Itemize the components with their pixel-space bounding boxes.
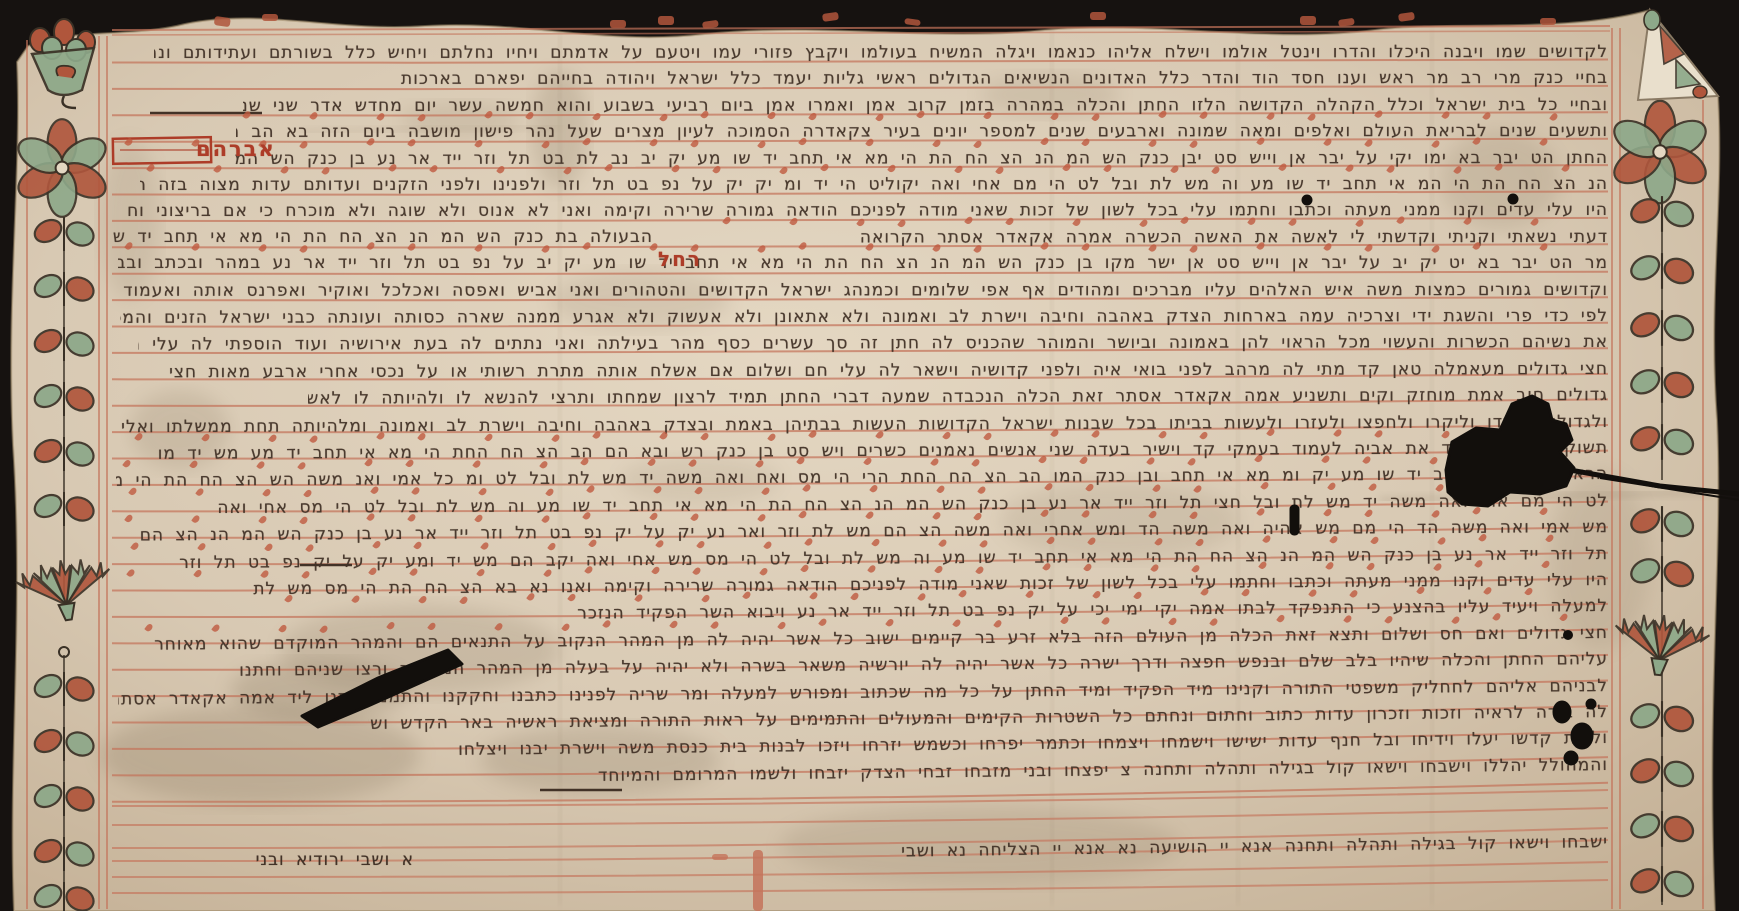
vocalization-mark bbox=[264, 542, 274, 552]
vocalization-mark bbox=[1559, 612, 1569, 622]
vocalization-mark bbox=[545, 487, 555, 497]
vocalization-mark bbox=[869, 484, 879, 494]
vocalization-mark bbox=[144, 623, 154, 633]
vocalization-mark bbox=[1429, 456, 1439, 466]
vocalization-mark bbox=[1323, 137, 1333, 147]
vocalization-mark bbox=[301, 570, 311, 580]
vocalization-mark bbox=[942, 431, 952, 441]
vocalization-mark bbox=[798, 510, 808, 520]
vocalization-mark bbox=[1262, 534, 1272, 544]
vocalization-mark bbox=[525, 111, 535, 121]
vocalization-mark bbox=[885, 618, 895, 628]
vocalization-mark bbox=[1040, 508, 1050, 518]
vocalization-mark bbox=[1441, 430, 1451, 440]
manuscript-text-line: לפי כדי פרי והשגת ידי וצרכיה עמה בארחות … bbox=[120, 306, 1608, 328]
vocalization-mark bbox=[130, 541, 140, 551]
vocalization-mark bbox=[1470, 453, 1480, 463]
vocalization-mark bbox=[1152, 483, 1162, 493]
vocalization-mark bbox=[480, 541, 490, 551]
vocalization-mark bbox=[211, 623, 221, 633]
vocalization-mark bbox=[1266, 111, 1276, 121]
vocalization-mark bbox=[411, 486, 421, 496]
vocalization-mark bbox=[798, 242, 808, 251]
vocalization-mark bbox=[134, 432, 144, 442]
vocalization-marks-row bbox=[716, 216, 1608, 229]
vocalization-mark bbox=[701, 594, 711, 604]
manuscript-text-line: עליהם החתן והכלה שיהיו בלב שלם ובנפש חפצ… bbox=[208, 649, 1608, 681]
vocalization-mark bbox=[767, 432, 777, 442]
vocalization-mark bbox=[413, 540, 423, 550]
vocalization-mark bbox=[1209, 617, 1219, 627]
vocalization-mark bbox=[547, 541, 557, 551]
vocalization-mark bbox=[973, 244, 983, 254]
vocalization-mark bbox=[932, 138, 942, 148]
vocalization-mark bbox=[690, 138, 700, 148]
vocalization-mark bbox=[299, 244, 309, 254]
vocalization-mark bbox=[871, 537, 881, 547]
vocalization-mark bbox=[124, 514, 134, 524]
vocalization-mark bbox=[551, 433, 561, 443]
vocalization-mark bbox=[258, 243, 268, 253]
vocalization-mark bbox=[539, 460, 549, 470]
vocalization-mark bbox=[191, 242, 201, 252]
vocalization-mark bbox=[1042, 562, 1052, 572]
vocalization-mark bbox=[800, 563, 810, 573]
vocalization-mark bbox=[484, 110, 494, 120]
vocalization-mark bbox=[1549, 427, 1559, 437]
vocalization-mark bbox=[351, 595, 361, 605]
vocalization-mark bbox=[494, 622, 504, 632]
vocalization-mark bbox=[995, 165, 1005, 175]
vocalization-mark bbox=[1195, 537, 1205, 547]
vocalization-mark bbox=[258, 515, 268, 525]
vocalization-mark bbox=[1079, 456, 1089, 466]
vocalization-mark bbox=[932, 243, 942, 253]
vocalization-mark bbox=[1103, 163, 1113, 173]
vocalization-mark bbox=[867, 564, 877, 574]
vocalization-mark bbox=[1474, 559, 1484, 569]
vocalization-mark bbox=[459, 596, 469, 606]
vocalization-mark bbox=[1092, 590, 1102, 600]
manuscript-text-line: מר הט יבר בא יט יק יב על יבר אן וייש סט … bbox=[118, 253, 1608, 273]
vocalization-mark bbox=[1374, 110, 1384, 119]
vocalization-mark bbox=[561, 622, 571, 632]
vocalization-mark bbox=[1148, 243, 1158, 253]
vocalization-mark bbox=[850, 592, 860, 602]
vocalization-mark bbox=[284, 594, 294, 604]
vocalization-mark bbox=[1005, 216, 1015, 226]
vocalization-mark bbox=[476, 568, 486, 578]
vocalization-mark bbox=[757, 139, 767, 149]
vocalization-marks-row bbox=[118, 137, 1608, 150]
vocalization-mark bbox=[1150, 563, 1160, 573]
vocalization-mark bbox=[303, 488, 313, 498]
vocalization-mark bbox=[1081, 509, 1091, 519]
vocalization-mark bbox=[368, 566, 378, 576]
vocalization-mark bbox=[932, 511, 942, 521]
manuscript-text-line: והמהולל יהללו וישבחו וישאו קול בגילה ותה… bbox=[558, 755, 1608, 786]
vocalization-mark bbox=[588, 538, 598, 548]
vocalization-mark bbox=[993, 619, 1003, 629]
bride-name-rachel: רחל bbox=[658, 247, 702, 271]
vocalization-mark bbox=[669, 619, 679, 629]
vocalization-mark bbox=[366, 242, 376, 251]
vocalization-mark bbox=[1463, 216, 1473, 226]
manuscript-text-line: לקדושים שמו ויבנה היכלו והדרו וינטל אולמ… bbox=[154, 42, 1608, 63]
vocalization-mark bbox=[201, 433, 211, 443]
manuscript-text-line: בחיי כנק מרי רב מר ראש וענו חסד הוד והדר… bbox=[393, 68, 1608, 89]
vocalization-mark bbox=[128, 486, 138, 496]
vocalization-mark bbox=[789, 216, 799, 226]
vocalization-mark bbox=[875, 430, 885, 440]
vocalization-mark bbox=[407, 242, 417, 252]
manuscript-text-line: ולבית קדשו יעלו וידיחו ובל חנף עדות ישיש… bbox=[448, 728, 1608, 760]
vocalization-mark bbox=[262, 488, 272, 498]
vocalization-mark bbox=[1541, 559, 1551, 569]
vocalization-mark bbox=[808, 429, 818, 439]
vocalization-mark bbox=[407, 513, 417, 523]
vocalization-mark bbox=[386, 621, 396, 631]
vocalization-mark bbox=[779, 166, 789, 176]
vocalization-mark bbox=[1256, 242, 1266, 251]
vocalization-mark bbox=[278, 623, 288, 633]
vocalization-mark bbox=[1288, 217, 1298, 227]
vocalization-mark bbox=[1433, 562, 1443, 572]
vocalization-marks-row bbox=[236, 110, 1608, 123]
vocalization-mark bbox=[256, 461, 266, 471]
vocalization-mark bbox=[1170, 164, 1180, 174]
vocalization-mark bbox=[1083, 563, 1093, 573]
vocalization-mark bbox=[602, 619, 612, 629]
vocalization-mark bbox=[1199, 110, 1209, 120]
vocalization-mark bbox=[1323, 508, 1333, 518]
vocalization-mark bbox=[418, 595, 428, 605]
vocalization-mark bbox=[1539, 242, 1549, 252]
vocalization-mark bbox=[1187, 457, 1197, 467]
vocalization-mark bbox=[1431, 509, 1441, 519]
vocalization-mark bbox=[1278, 163, 1288, 172]
vocalization-mark bbox=[543, 568, 553, 578]
vocalization-mark bbox=[1384, 615, 1394, 625]
vocalization-mark bbox=[777, 620, 787, 630]
manuscript-text-line: חצי גדולים מעאמלה טאן קד מתי לה מרהב לפנ… bbox=[118, 359, 1608, 382]
vocalization-mark bbox=[865, 137, 875, 147]
vocalization-mark bbox=[1276, 613, 1286, 623]
vocalization-mark bbox=[1168, 616, 1178, 626]
vocalization-mark bbox=[1256, 507, 1266, 517]
vocalization-mark bbox=[1453, 165, 1463, 175]
vocalization-mark bbox=[213, 164, 223, 174]
vocalization-mark bbox=[1211, 165, 1221, 175]
vocalization-mark bbox=[1266, 427, 1276, 437]
vocalization-mark bbox=[763, 540, 773, 550]
vocalization-mark bbox=[865, 242, 875, 252]
vocalization-mark bbox=[1431, 244, 1441, 254]
vocalization-mark bbox=[366, 512, 376, 522]
vocalization-mark bbox=[319, 624, 329, 634]
vocalization-mark bbox=[1561, 163, 1571, 173]
manuscript-text-layer: אברהם רחל א ושבי ירודיא ובני לקדושים שמו… bbox=[0, 0, 1739, 911]
vocalization-mark bbox=[655, 539, 665, 549]
vocalization-mark bbox=[934, 565, 944, 575]
vocalization-mark bbox=[496, 165, 506, 175]
vocalization-mark bbox=[808, 112, 818, 122]
vocalization-mark bbox=[1072, 217, 1082, 227]
vocalization-mark bbox=[541, 244, 551, 254]
vocalization-mark bbox=[1472, 506, 1482, 516]
vocalization-mark bbox=[1189, 511, 1199, 521]
vocalization-mark bbox=[472, 460, 482, 470]
vocalization-mark bbox=[1085, 482, 1095, 492]
vocalization-mark bbox=[1193, 484, 1203, 494]
vocalization-mark bbox=[712, 165, 722, 175]
vocalization-mark bbox=[1148, 138, 1158, 148]
vocalization-mark bbox=[1158, 110, 1168, 119]
vocalization-mark bbox=[647, 458, 657, 468]
vocalization-mark bbox=[649, 512, 659, 522]
vocalization-mark bbox=[938, 538, 948, 548]
vocalization-mark bbox=[586, 484, 596, 494]
vocalization-mark bbox=[372, 539, 382, 549]
vocalization-mark bbox=[1025, 590, 1035, 600]
vocalization-mark bbox=[1308, 589, 1318, 599]
vocalization-mark bbox=[417, 432, 427, 442]
vocalization-mark bbox=[1492, 612, 1502, 622]
vocalization-mark bbox=[366, 137, 376, 147]
vocalization-mark bbox=[1482, 111, 1492, 121]
vocalization-mark bbox=[936, 484, 946, 494]
vocalization-mark bbox=[409, 567, 419, 577]
vocalization-mark bbox=[484, 432, 494, 442]
vocalization-mark bbox=[1476, 480, 1486, 490]
vocalization-mark bbox=[195, 487, 205, 497]
vocalization-mark bbox=[1329, 534, 1339, 544]
vocalization-mark bbox=[1327, 481, 1337, 491]
vocalization-mark bbox=[526, 592, 536, 602]
vocalization-mark bbox=[700, 432, 710, 442]
vocalization-mark bbox=[1087, 536, 1097, 546]
vocalization-mark bbox=[1081, 137, 1091, 147]
vocalization-mark bbox=[1189, 244, 1199, 254]
vocalization-mark bbox=[1416, 586, 1426, 596]
vocalization-mark bbox=[700, 110, 710, 120]
vocalization-mark bbox=[1154, 536, 1164, 546]
vocalization-mark bbox=[305, 543, 315, 553]
vocalization-mark bbox=[865, 510, 875, 520]
vocalization-mark bbox=[1191, 564, 1201, 574]
vocalization-mark bbox=[193, 569, 203, 579]
vocalization-mark bbox=[1254, 454, 1264, 464]
vocalization-mark bbox=[567, 593, 577, 603]
vocalization-mark bbox=[541, 514, 551, 524]
vocalization-mark bbox=[1368, 482, 1378, 492]
vocalization-mark bbox=[1241, 588, 1251, 598]
vocalization-mark bbox=[582, 137, 592, 147]
vocalization-mark bbox=[376, 112, 386, 122]
vocalization-mark bbox=[954, 164, 964, 174]
vocalization-mark bbox=[958, 589, 968, 599]
vocalization-mark bbox=[580, 457, 590, 467]
vocalization-mark bbox=[1321, 455, 1331, 465]
vocalization-mark bbox=[818, 617, 828, 627]
vocalization-mark bbox=[1537, 454, 1547, 464]
vocalization-mark bbox=[309, 111, 319, 121]
vocalization-mark bbox=[1482, 427, 1492, 436]
vocalization-mark bbox=[1199, 431, 1209, 441]
vocalization-mark bbox=[973, 139, 983, 149]
vocalization-mark bbox=[1050, 428, 1060, 438]
vocalization-mark bbox=[1158, 430, 1168, 440]
vocalization-mark bbox=[592, 112, 602, 122]
vocalization-mark bbox=[604, 163, 614, 173]
vocalization-mark bbox=[983, 431, 993, 441]
vocalization-mark bbox=[1139, 218, 1149, 228]
vocalization-mark bbox=[659, 113, 669, 123]
vocalization-mark bbox=[863, 457, 873, 467]
vocalization-mark bbox=[1091, 113, 1101, 123]
vocalization-mark bbox=[1362, 455, 1372, 465]
vocalization-mark bbox=[634, 593, 644, 603]
vocalization-mark bbox=[126, 568, 136, 578]
vocalization-mark bbox=[887, 164, 897, 174]
vocalization-mark bbox=[122, 459, 132, 469]
vocalization-mark bbox=[1478, 533, 1488, 543]
vocalization-mark bbox=[309, 434, 319, 444]
vocalization-mark bbox=[796, 456, 806, 466]
vocalization-mark bbox=[124, 137, 134, 147]
vocalization-mark bbox=[1044, 482, 1054, 492]
vocalization-mark bbox=[474, 138, 484, 148]
vocalization-mark bbox=[1180, 216, 1190, 225]
vocalization-mark bbox=[975, 565, 985, 575]
vocalization-mark bbox=[405, 459, 415, 469]
vocalization-mark bbox=[930, 457, 940, 467]
vocalization-mark bbox=[1101, 616, 1111, 626]
vocalization-mark bbox=[671, 164, 681, 174]
vocalization-mark bbox=[370, 485, 380, 495]
vocalization-mark bbox=[1046, 535, 1056, 545]
vocalization-mark bbox=[260, 569, 270, 579]
manuscript-text-line: הנ הצ הח הת הי המ אי תחב יד שו מע וה מש … bbox=[140, 174, 1608, 195]
vocalization-mark bbox=[1483, 586, 1493, 596]
vocalization-mark bbox=[1333, 428, 1343, 438]
manuscript-text-line: את נשיהם הכשרות והעשוי מכל הראוי להן באמ… bbox=[138, 332, 1608, 355]
vocalization-mark bbox=[688, 459, 698, 469]
vocalization-mark bbox=[759, 567, 769, 577]
vocalization-mark bbox=[917, 592, 927, 602]
vocalization-mark bbox=[407, 137, 417, 147]
vocalization-mark bbox=[964, 216, 974, 225]
vocalization-mark bbox=[1437, 536, 1447, 546]
vocalization-mark bbox=[478, 486, 488, 496]
vocalization-mark bbox=[582, 511, 592, 521]
vocalization-mark bbox=[1060, 615, 1070, 625]
vocalization-mark bbox=[767, 111, 777, 121]
vocalization-mark bbox=[582, 242, 592, 251]
vocalization-mark bbox=[757, 513, 767, 523]
vocalization-mark bbox=[1081, 242, 1091, 252]
vocalization-mark bbox=[798, 137, 808, 147]
vocalization-mark bbox=[696, 539, 706, 549]
vocalization-mark bbox=[1435, 483, 1445, 493]
vocalization-mark bbox=[653, 485, 663, 495]
vocalization-mark bbox=[1396, 216, 1406, 225]
vocalization-mark bbox=[268, 433, 278, 443]
vocalization-mark bbox=[875, 113, 885, 123]
vocalization-mark bbox=[280, 165, 290, 175]
vocalization-mark bbox=[1260, 481, 1270, 491]
vocalization-mark bbox=[191, 514, 201, 524]
vocalization-mark bbox=[1307, 112, 1317, 122]
vocalization-mark bbox=[979, 539, 989, 549]
manuscript-text-line: וקדושים גמורים כמצות משה איש האלהים עליו… bbox=[116, 280, 1608, 301]
vocalization-mark bbox=[755, 459, 765, 469]
vocalization-mark bbox=[1062, 163, 1072, 172]
vocalization-mark bbox=[592, 430, 602, 440]
manuscript-text-line: גדולים חוב אמת מוחזק וקים ותשניע אמה אקא… bbox=[308, 385, 1608, 409]
vocalization-mark bbox=[1325, 561, 1335, 571]
manuscript-photo: אברהם רחל א ושבי ירודיא ובני לקדושים שמו… bbox=[0, 0, 1739, 911]
vocalization-mark bbox=[856, 217, 866, 227]
vocalization-mark bbox=[146, 163, 156, 173]
vocalization-mark bbox=[1040, 242, 1050, 251]
vocalization-mark bbox=[297, 461, 307, 471]
vocalization-mark bbox=[659, 431, 669, 441]
vocalization-mark bbox=[977, 485, 987, 495]
vocalization-mark bbox=[1349, 589, 1359, 599]
vocalization-mark bbox=[1091, 429, 1101, 439]
vocalization-mark bbox=[1472, 137, 1482, 146]
vocalization-mark bbox=[364, 458, 374, 468]
vocalization-mark bbox=[690, 512, 700, 522]
final-line-fragment: א ושבי ירודיא ובני bbox=[256, 850, 414, 870]
vocalization-mark bbox=[952, 618, 962, 628]
vocalization-mark bbox=[1364, 509, 1374, 519]
vocalization-mark bbox=[722, 216, 732, 226]
vocalization-mark bbox=[1524, 587, 1534, 597]
vocalization-mark bbox=[242, 110, 252, 120]
vocalization-mark bbox=[1146, 456, 1156, 466]
vocalization-mark bbox=[692, 566, 702, 576]
vocalization-mark bbox=[1323, 242, 1333, 252]
vocalization-mark bbox=[761, 486, 771, 496]
vocalization-mark bbox=[651, 565, 661, 575]
vocalization-mark bbox=[1355, 218, 1365, 228]
vocalization-mark bbox=[973, 512, 983, 522]
vocalization-mark bbox=[1148, 510, 1158, 520]
vocalization-mark bbox=[971, 458, 981, 468]
vocalization-mark bbox=[710, 620, 720, 630]
vocalization-mark bbox=[1472, 242, 1482, 251]
vocalization-mark bbox=[1050, 112, 1060, 122]
vocalization-mark bbox=[1256, 137, 1266, 146]
vocalization-mark bbox=[916, 110, 926, 119]
vocalization-mark bbox=[197, 541, 207, 551]
vocalization-mark bbox=[694, 485, 704, 495]
vocalization-mark bbox=[1133, 591, 1143, 601]
vocalization-mark bbox=[1441, 110, 1451, 120]
vocalization-mark bbox=[1258, 560, 1268, 570]
vocalization-mark bbox=[1374, 429, 1384, 439]
vocalization-mark bbox=[1386, 164, 1396, 174]
vocalization-mark bbox=[757, 244, 767, 254]
vocalization-mark bbox=[474, 243, 484, 253]
vocalization-mark bbox=[804, 537, 814, 547]
vocalization-mark bbox=[1366, 562, 1376, 572]
vocalization-mark bbox=[1543, 480, 1553, 490]
vocalization-mark bbox=[1539, 507, 1549, 517]
vocalization-mark bbox=[1364, 138, 1374, 148]
